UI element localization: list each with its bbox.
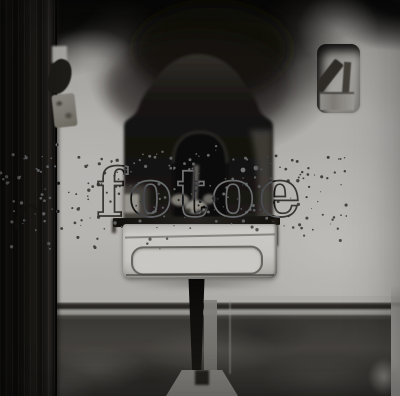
niche-left-bright-stone [124,194,139,213]
trough-bottom-edge [126,274,274,276]
niche-diagonal-object [317,58,344,93]
niche-shelf-items [320,92,354,110]
trough-groove-line [125,233,275,238]
drain-stone-channel [204,300,217,377]
photograph: fotoe [0,0,400,396]
basin-debris-dark [185,209,191,214]
drain-slab-stripe [195,370,209,385]
door-latch-plate [51,93,77,128]
bottom-right-light-patch [368,358,400,396]
door-frame [0,0,57,396]
fountain-niche [100,35,310,235]
basin-debris [203,194,215,204]
right-wall-niche [317,44,360,113]
lip-left-drip [112,219,116,233]
wall-seam-line [229,300,231,374]
basin-trough [123,224,277,278]
trough-front-panel [131,246,263,276]
basin-debris-dark [196,210,204,216]
